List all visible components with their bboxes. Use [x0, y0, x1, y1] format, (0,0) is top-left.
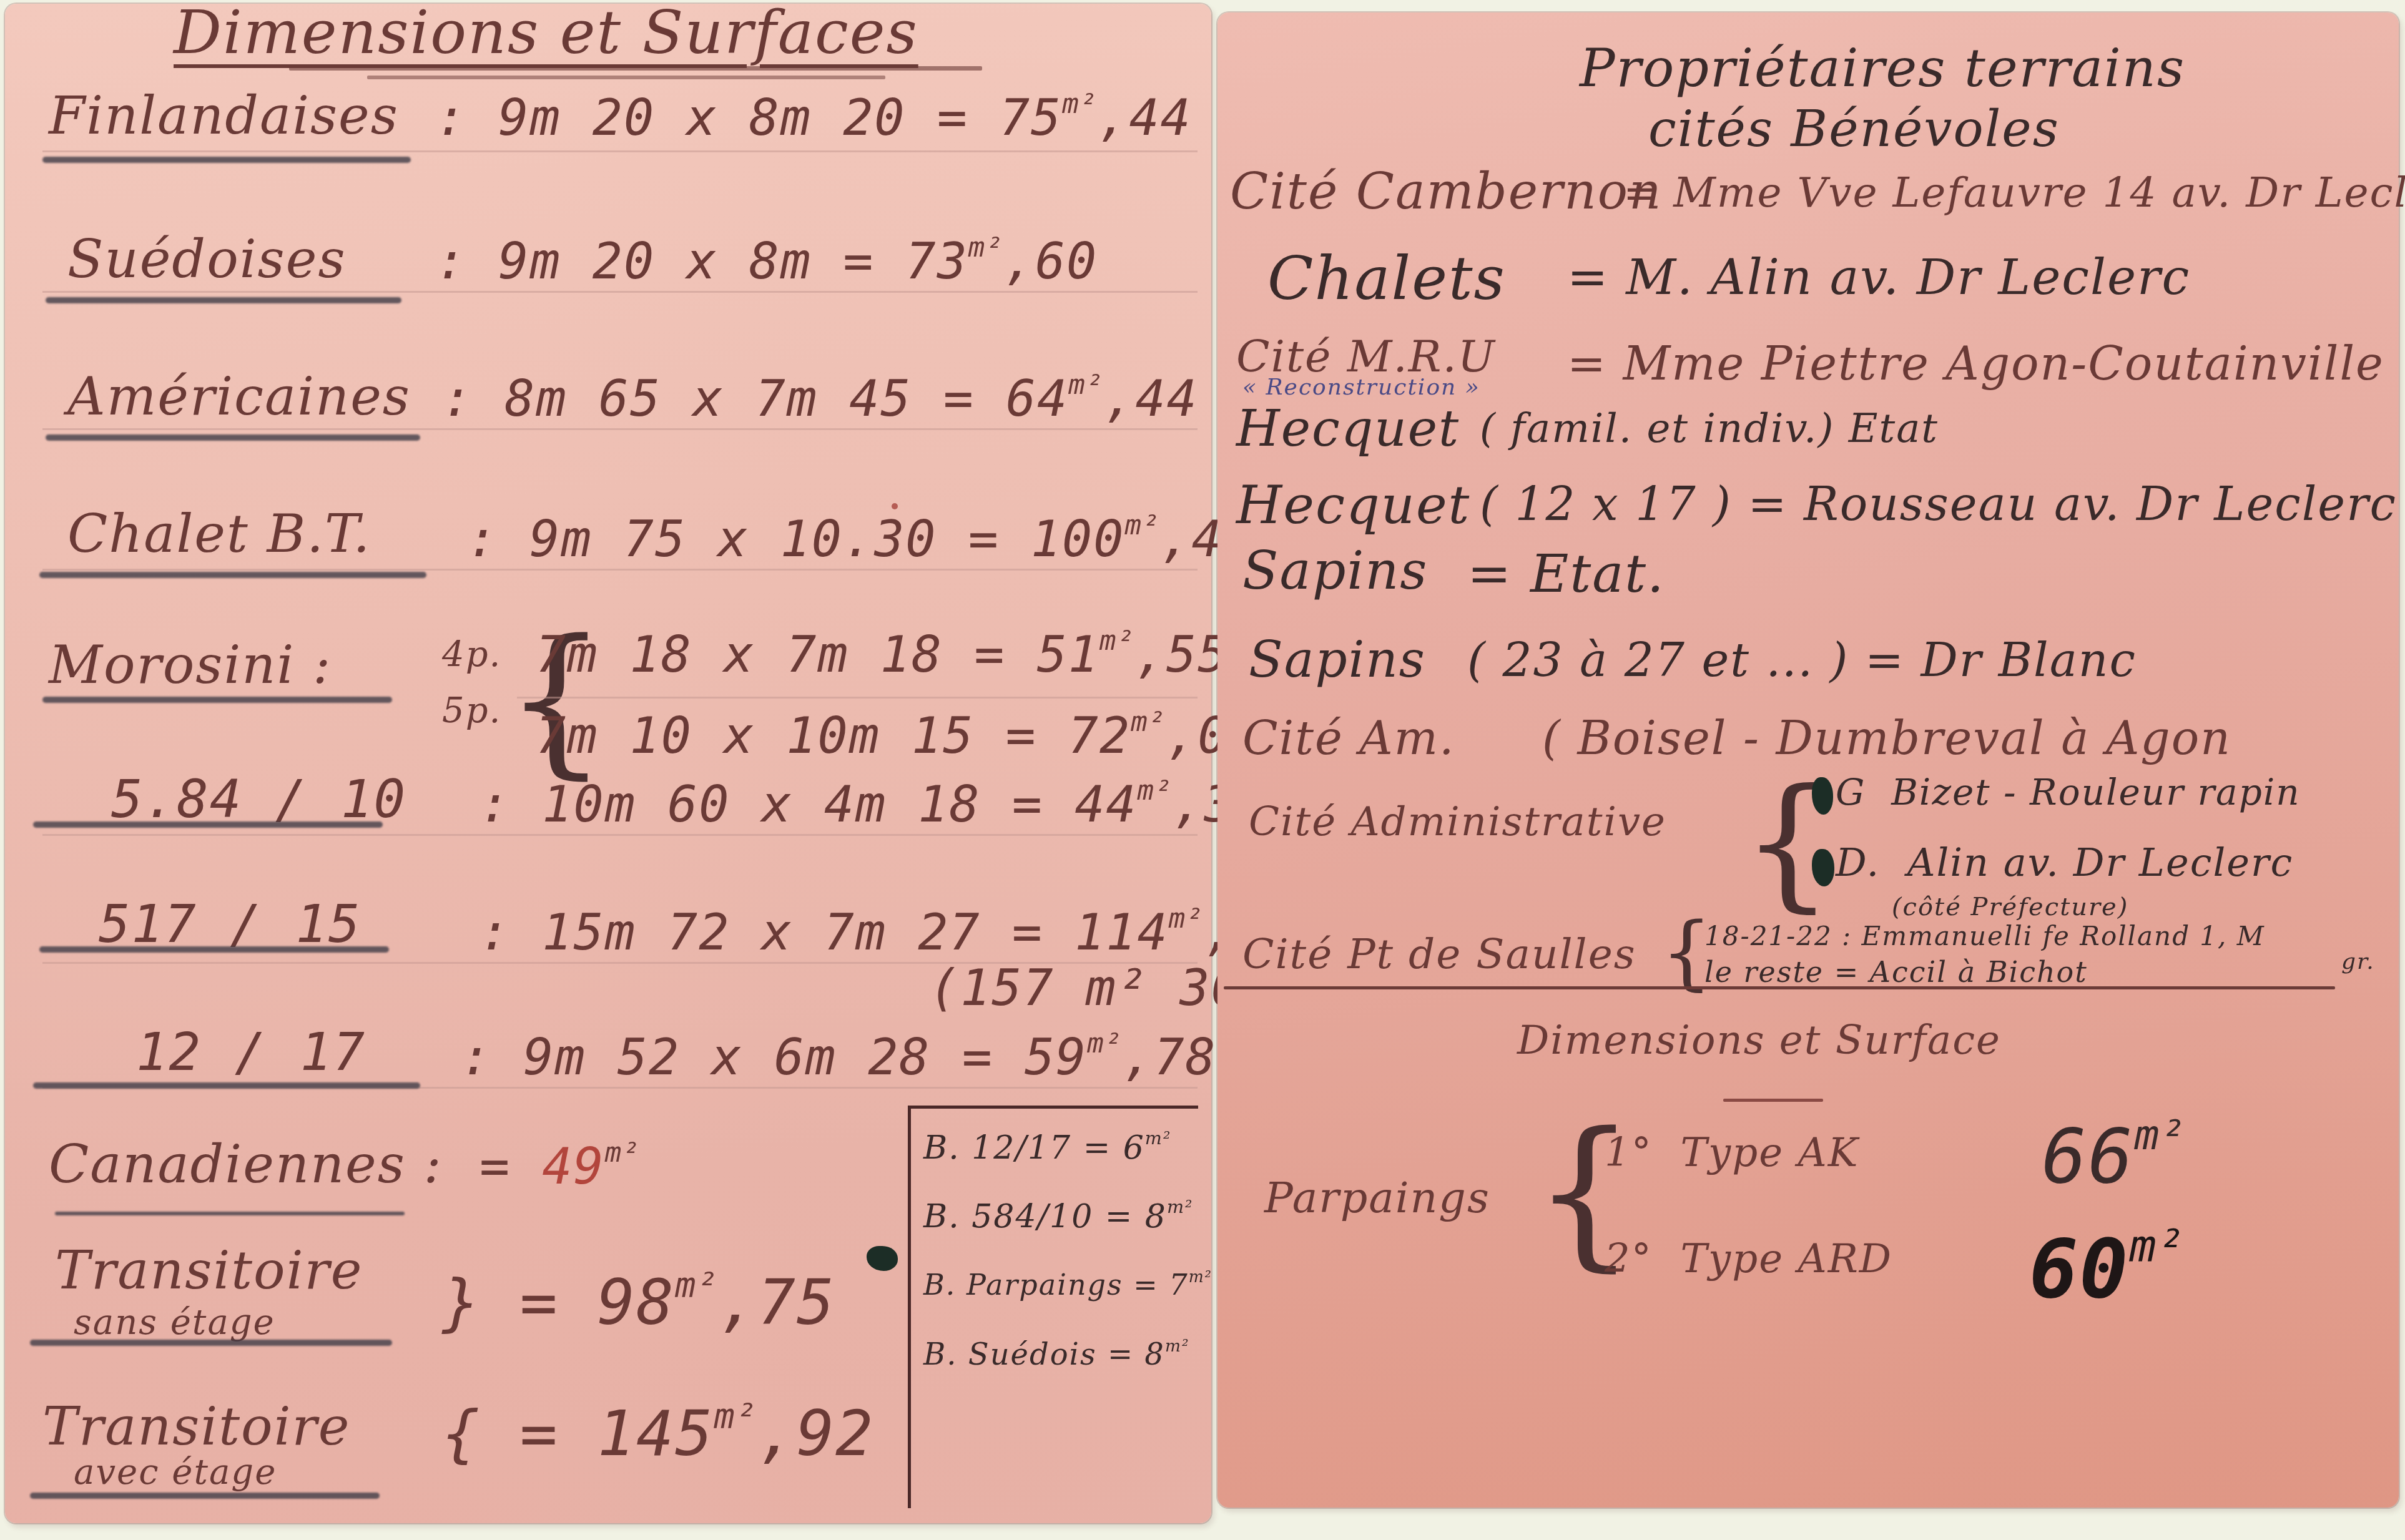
ruling-line	[42, 291, 1198, 293]
left-index-card: Dimensions et Surfaces Finlandaises : 9m…	[5, 4, 1211, 1523]
row-label-chalets: Chalets	[1267, 243, 1506, 313]
row-formula: : 15m 72 x 7m 27 = 114m²,72	[480, 903, 1298, 961]
admin-d-note: (côté Préfecture)	[1892, 893, 2128, 921]
row-value: = Etat.	[1467, 543, 1665, 604]
row-formula: } = 98m²,75	[442, 1265, 835, 1339]
row-label-cite-am: Cité Am.	[1242, 712, 1455, 765]
label-rule	[46, 297, 401, 303]
row-formula: { = 145m²,92	[442, 1396, 874, 1470]
row-value: = M. Alin av. Dr Leclerc	[1567, 250, 2190, 306]
row-formula: : 9m 20 x 8m 20 = 75m²,44	[436, 88, 1192, 147]
row-label-suedoises: Suédoises	[67, 228, 347, 290]
ink-blot	[1812, 777, 1833, 815]
section2-title: Dimensions et Surface	[1517, 1018, 2001, 1064]
row-formula: : 9m 52 x 6m 28 = 59m²,78	[461, 1027, 1217, 1086]
section-divider	[1224, 986, 2335, 989]
right-card-title-line1: Propriétaires terrains	[1580, 37, 2185, 99]
ruling-line	[517, 697, 1198, 699]
row-label-sapins-1: Sapins	[1242, 540, 1428, 601]
row-label-hecquet-2: Hecquet	[1236, 474, 1470, 536]
bathroom-sizes-box: B. 12/17 = 6m² B. 584/10 = 8m² B. Parpai…	[908, 1106, 1198, 1508]
row-label-584-10: 5.84 / 10	[111, 768, 406, 830]
parpaings-value-1: 66m²	[2042, 1111, 2186, 1200]
row-label-canadiennes: Canadiennes :	[49, 1134, 443, 1195]
row-label-cite-cambernon: Cité Cambernon	[1230, 162, 1663, 220]
ruling-line	[42, 834, 1198, 836]
row-value: = Mme Vve Lefauvre 14 av. Dr Leclerc	[1623, 169, 2405, 217]
section2-underline	[1723, 1099, 1823, 1102]
ink-speck	[892, 503, 898, 509]
saulles-line-1: 18-21-22 : Emmanuelli fe Rolland 1, M	[1704, 921, 2265, 951]
label-rule	[39, 572, 426, 578]
row-label-sapins-2: Sapins	[1249, 630, 1426, 689]
title-underline-1	[289, 66, 982, 71]
row-value: ( Boisel - Dumbreval à Agon	[1542, 712, 2231, 765]
row-formula: : 10m 60 x 4m 18 = 44m²,30	[480, 775, 1267, 833]
row-value: ( 23 à 27 et ... ) = Dr Blanc	[1467, 634, 2137, 687]
label-rule	[42, 697, 392, 703]
row-label-americaines: Américaines	[67, 366, 411, 427]
label-rule	[33, 1082, 420, 1089]
row-formula: 7m 10 x 10m 15 = 72m²,06	[536, 706, 1261, 765]
row-formula: : 9m 20 x 8m = 73m²,60	[436, 232, 1098, 290]
label-rule	[55, 1212, 405, 1215]
row-label-12-17: 12 / 17	[136, 1021, 366, 1082]
row-sublabel-sans-etage: sans étage	[74, 1302, 275, 1343]
title-underline-2	[367, 76, 885, 79]
parpaings-item-2: 2° Type ARD	[1605, 1236, 1892, 1282]
left-card-title: Dimensions et Surfaces	[174, 0, 918, 67]
right-index-card: Propriétaires terrains cités Bénévoles C…	[1217, 12, 2399, 1508]
row-value: = Mme Piettre Agon-Coutainville	[1567, 337, 2384, 391]
box-row: B. Parpaings = 7m²	[923, 1268, 1212, 1302]
row-value: ( famil. et indiv.) Etat	[1480, 406, 1939, 452]
parpaings-value-2: 60m²	[2029, 1220, 2186, 1317]
row-label-517-15: 517 / 15	[99, 893, 361, 954]
row-label-transitoire-sans: Transitoire	[55, 1240, 363, 1301]
row-note: (157 m² 30	[929, 959, 1242, 1017]
admin-d-mark: D. Alin av. Dr Leclerc	[1836, 840, 2293, 885]
saulles-margin-note: gr.	[2341, 949, 2375, 974]
label-rule	[46, 434, 420, 441]
label-rule	[39, 946, 389, 953]
parpaings-item-1: 1° Type AK	[1605, 1130, 1859, 1176]
row-formula: : 9m 75 x 10.30 = 100m²,42	[467, 509, 1254, 568]
box-row: B. 584/10 = 8m²	[923, 1196, 1194, 1235]
label-rule	[42, 157, 411, 163]
parpaings-label: Parpaings	[1264, 1174, 1490, 1223]
ink-blot	[1812, 849, 1834, 886]
row-label-cite-pt-saulles: Cité Pt de Saulles	[1242, 930, 1636, 978]
row-label-morosini: Morosini :	[49, 634, 332, 695]
morosini-5p-prefix: 5p.	[442, 690, 501, 731]
saulles-line-2: le reste = Accil à Bichot	[1704, 955, 2088, 989]
row-sublabel-avec-etage: avec étage	[74, 1452, 277, 1493]
label-rule	[30, 1493, 380, 1499]
box-row: B. Suédois = 8m²	[923, 1336, 1190, 1372]
row-label-transitoire-avec: Transitoire	[42, 1396, 350, 1457]
row-label-hecquet-1: Hecquet	[1236, 400, 1460, 458]
morosini-4p-prefix: 4p.	[442, 634, 501, 675]
row-label-chalet-bt: Chalet B.T.	[67, 503, 371, 564]
row-label-cite-administrative: Cité Administrative	[1249, 799, 1666, 845]
row-formula: = 49m²	[480, 1137, 641, 1195]
label-rule	[30, 1340, 392, 1346]
row-value: ( 12 x 17 ) = Rousseau av. Dr Leclerc	[1480, 478, 2397, 531]
row-formula: : 8m 65 x 7m 45 = 64m²,44	[442, 369, 1198, 428]
row-annotation-blue: « Reconstruction »	[1242, 375, 1480, 400]
ruling-line	[42, 428, 1198, 430]
ruling-line	[42, 569, 1198, 571]
label-rule	[33, 821, 383, 828]
row-formula: 7m 18 x 7m 18 = 51m²,55	[536, 625, 1229, 684]
row-label-finlandaises: Finlandaises	[49, 85, 399, 146]
box-row: B. 12/17 = 6m²	[923, 1127, 1171, 1167]
right-card-title-line2: cités Bénévoles	[1648, 100, 2060, 158]
ink-blot	[867, 1246, 898, 1271]
admin-g-mark: G Bizet - Rouleur rapin	[1836, 771, 2301, 813]
ruling-line	[42, 150, 1198, 152]
